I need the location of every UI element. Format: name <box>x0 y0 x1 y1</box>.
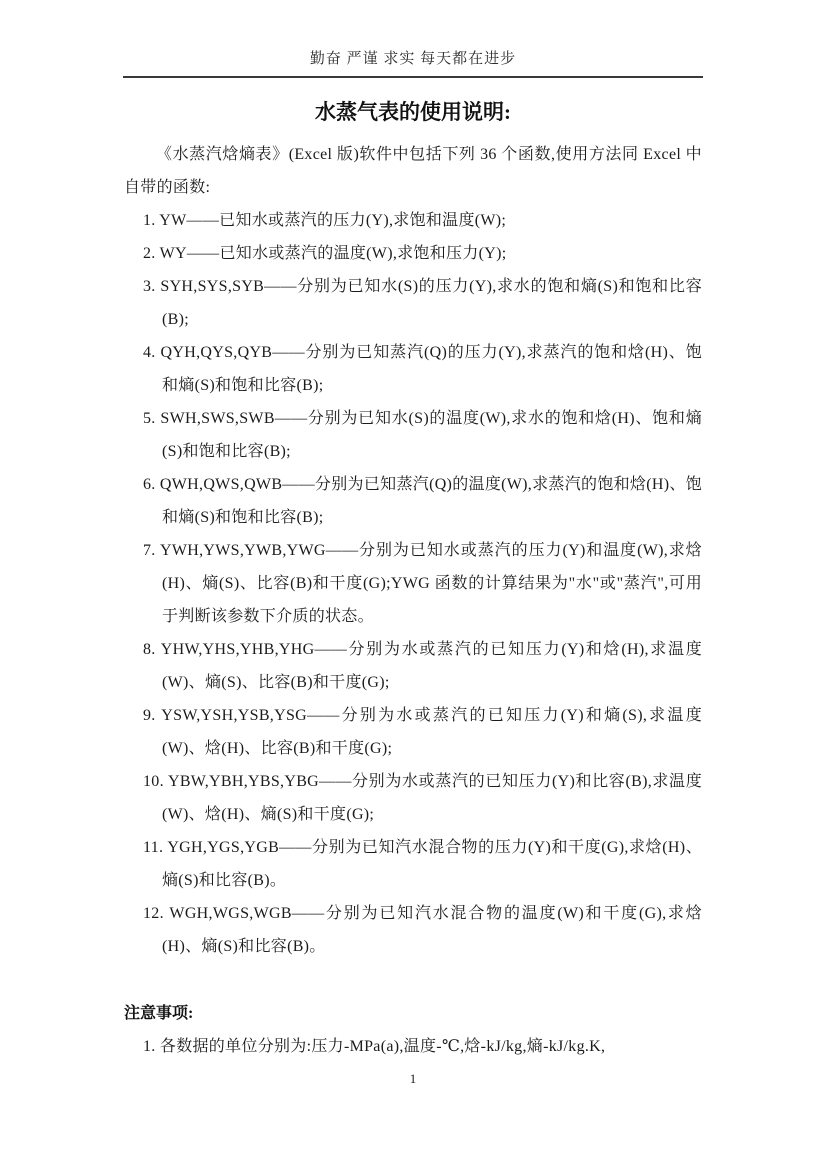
page-header: 勤奋 严谨 求实 每天都在进步 <box>123 48 703 78</box>
list-item: 1. 各数据的单位分别为:压力-MPa(a),温度-℃,焓-kJ/kg,熵-kJ… <box>124 1030 702 1063</box>
list-item: 11. YGH,YGS,YGB——分别为已知汽水混合物的压力(Y)和干度(G),… <box>124 831 702 897</box>
list-item: 12. WGH,WGS,WGB——分别为已知汽水混合物的温度(W)和干度(G),… <box>124 897 702 963</box>
list-item: 5. SWH,SWS,SWB——分别为已知水(S)的温度(W),求水的饱和焓(H… <box>124 402 702 468</box>
list-item: 1. YW——已知水或蒸汽的压力(Y),求饱和温度(W); <box>124 204 702 237</box>
list-item: 6. QWH,QWS,QWB——分别为已知蒸汽(Q)的温度(W),求蒸汽的饱和焓… <box>124 468 702 534</box>
list-item: 10. YBW,YBH,YBS,YBG——分别为水或蒸汽的已知压力(Y)和比容(… <box>124 765 702 831</box>
list-item: 8. YHW,YHS,YHB,YHG——分别为水或蒸汽的已知压力(Y)和焓(H)… <box>124 633 702 699</box>
list-item: 3. SYH,SYS,SYB——分别为已知水(S)的压力(Y),求水的饱和熵(S… <box>124 270 702 336</box>
list-item: 9. YSW,YSH,YSB,YSG——分别为水或蒸汽的已知压力(Y)和熵(S)… <box>124 699 702 765</box>
notes-list: 1. 各数据的单位分别为:压力-MPa(a),温度-℃,焓-kJ/kg,熵-kJ… <box>124 1030 702 1063</box>
list-item: 2. WY——已知水或蒸汽的温度(W),求饱和压力(Y); <box>124 237 702 270</box>
page-number: 1 <box>0 1071 826 1087</box>
intro-paragraph: 《水蒸汽焓熵表》(Excel 版)软件中包括下列 36 个函数,使用方法同 Ex… <box>124 138 702 204</box>
document-page: 勤奋 严谨 求实 每天都在进步 水蒸气表的使用说明: 《水蒸汽焓熵表》(Exce… <box>0 0 826 1169</box>
list-item: 7. YWH,YWS,YWB,YWG——分别为已知水或蒸汽的压力(Y)和温度(W… <box>124 534 702 633</box>
list-item: 4. QYH,QYS,QYB——分别为已知蒸汽(Q)的压力(Y),求蒸汽的饱和焓… <box>124 336 702 402</box>
notes-heading: 注意事项: <box>124 997 702 1030</box>
header-motto: 勤奋 严谨 求实 每天都在进步 <box>123 48 703 70</box>
header-rule <box>123 76 703 78</box>
document-content: 水蒸气表的使用说明: 《水蒸汽焓熵表》(Excel 版)软件中包括下列 36 个… <box>124 94 702 1063</box>
function-list: 1. YW——已知水或蒸汽的压力(Y),求饱和温度(W);2. WY——已知水或… <box>124 204 702 963</box>
document-title: 水蒸气表的使用说明: <box>124 94 702 130</box>
